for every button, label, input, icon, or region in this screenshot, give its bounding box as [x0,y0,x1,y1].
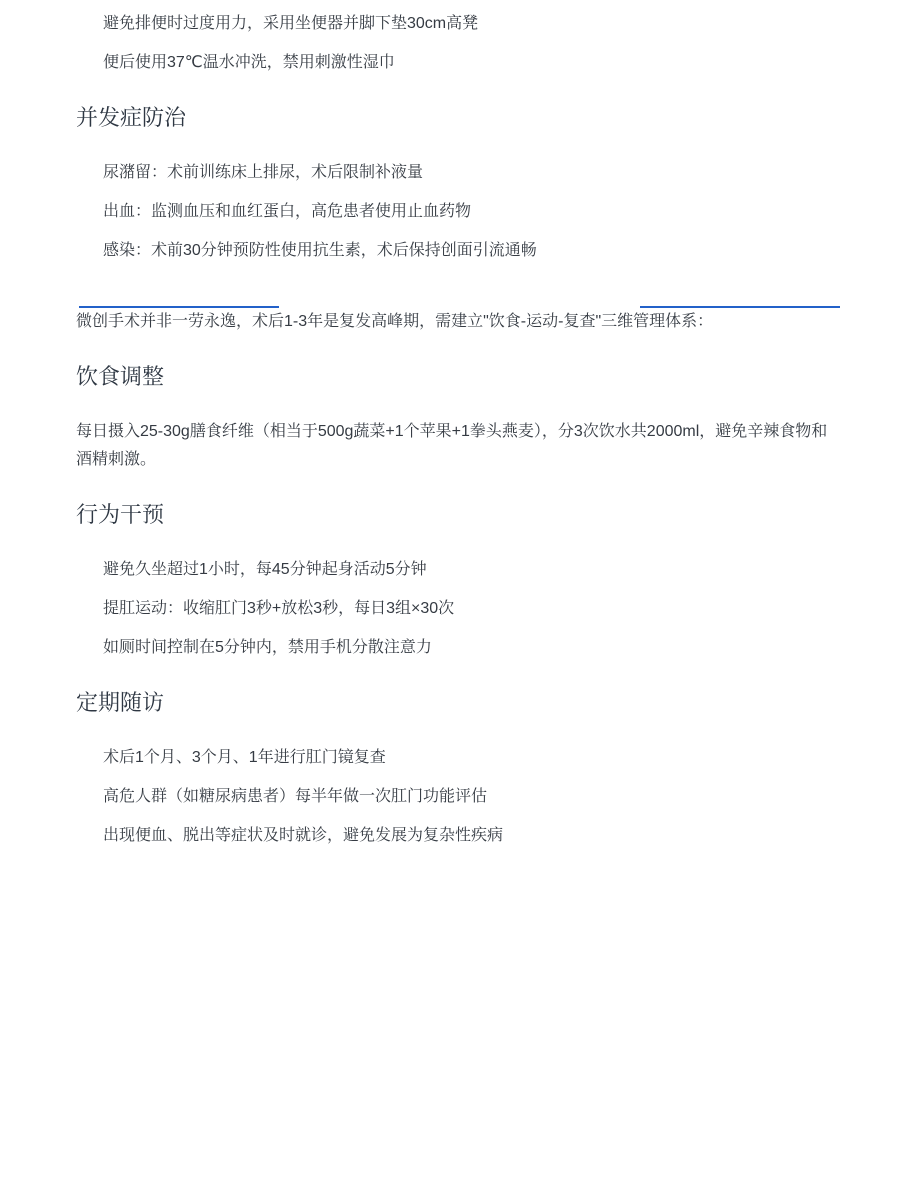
management-intro-paragraph: 微创手术并非一劳永逸，术后1-3年是复发高峰期，需建立"饮食-运动-复查"三维管… [76,308,840,336]
section-heading-followup: 定期随访 [76,688,840,718]
section-heading-behavior: 行为干预 [76,500,840,530]
section-heading-diet: 饮食调整 [76,362,840,392]
list-item: 尿潴留：术前训练床上排尿，术后限制补液量 [103,159,840,187]
article-body: 避免排便时过度用力，采用坐便器并脚下垫30cm高凳 便后使用37℃温水冲洗，禁用… [0,0,918,850]
followup-list: 术后1个月、3个月、1年进行肛门镜复查 高危人群（如糖尿病患者）每半年做一次肛门… [76,744,840,850]
section-heading-complications: 并发症防治 [76,103,840,133]
behavior-list: 避免久坐超过1小时，每45分钟起身活动5分钟 提肛运动：收缩肛门3秒+放松3秒，… [76,556,840,662]
list-item: 便后使用37℃温水冲洗，禁用刺激性湿巾 [103,49,840,77]
list-item: 出现便血、脱出等症状及时就诊，避免发展为复杂性疾病 [103,822,840,850]
list-item: 感染：术前30分钟预防性使用抗生素，术后保持创面引流通畅 [103,237,840,265]
document-page: 避免排便时过度用力，采用坐便器并脚下垫30cm高凳 便后使用37℃温水冲洗，禁用… [0,0,918,1188]
postoperative-care-list: 避免排便时过度用力，采用坐便器并脚下垫30cm高凳 便后使用37℃温水冲洗，禁用… [76,10,840,77]
list-item: 避免久坐超过1小时，每45分钟起身活动5分钟 [103,556,840,584]
list-item: 高危人群（如糖尿病患者）每半年做一次肛门功能评估 [103,783,840,811]
list-item: 提肛运动：收缩肛门3秒+放松3秒，每日3组×30次 [103,595,840,623]
diet-paragraph: 每日摄入25-30g膳食纤维（相当于500g蔬菜+1个苹果+1拳头燕麦），分3次… [76,418,840,474]
list-item: 出血：监测血压和血红蛋白，高危患者使用止血药物 [103,198,840,226]
list-item: 避免排便时过度用力，采用坐便器并脚下垫30cm高凳 [103,10,840,38]
list-item: 术后1个月、3个月、1年进行肛门镜复查 [103,744,840,772]
list-item: 如厕时间控制在5分钟内，禁用手机分散注意力 [103,634,840,662]
complications-list: 尿潴留：术前训练床上排尿，术后限制补液量 出血：监测血压和血红蛋白，高危患者使用… [76,159,840,265]
